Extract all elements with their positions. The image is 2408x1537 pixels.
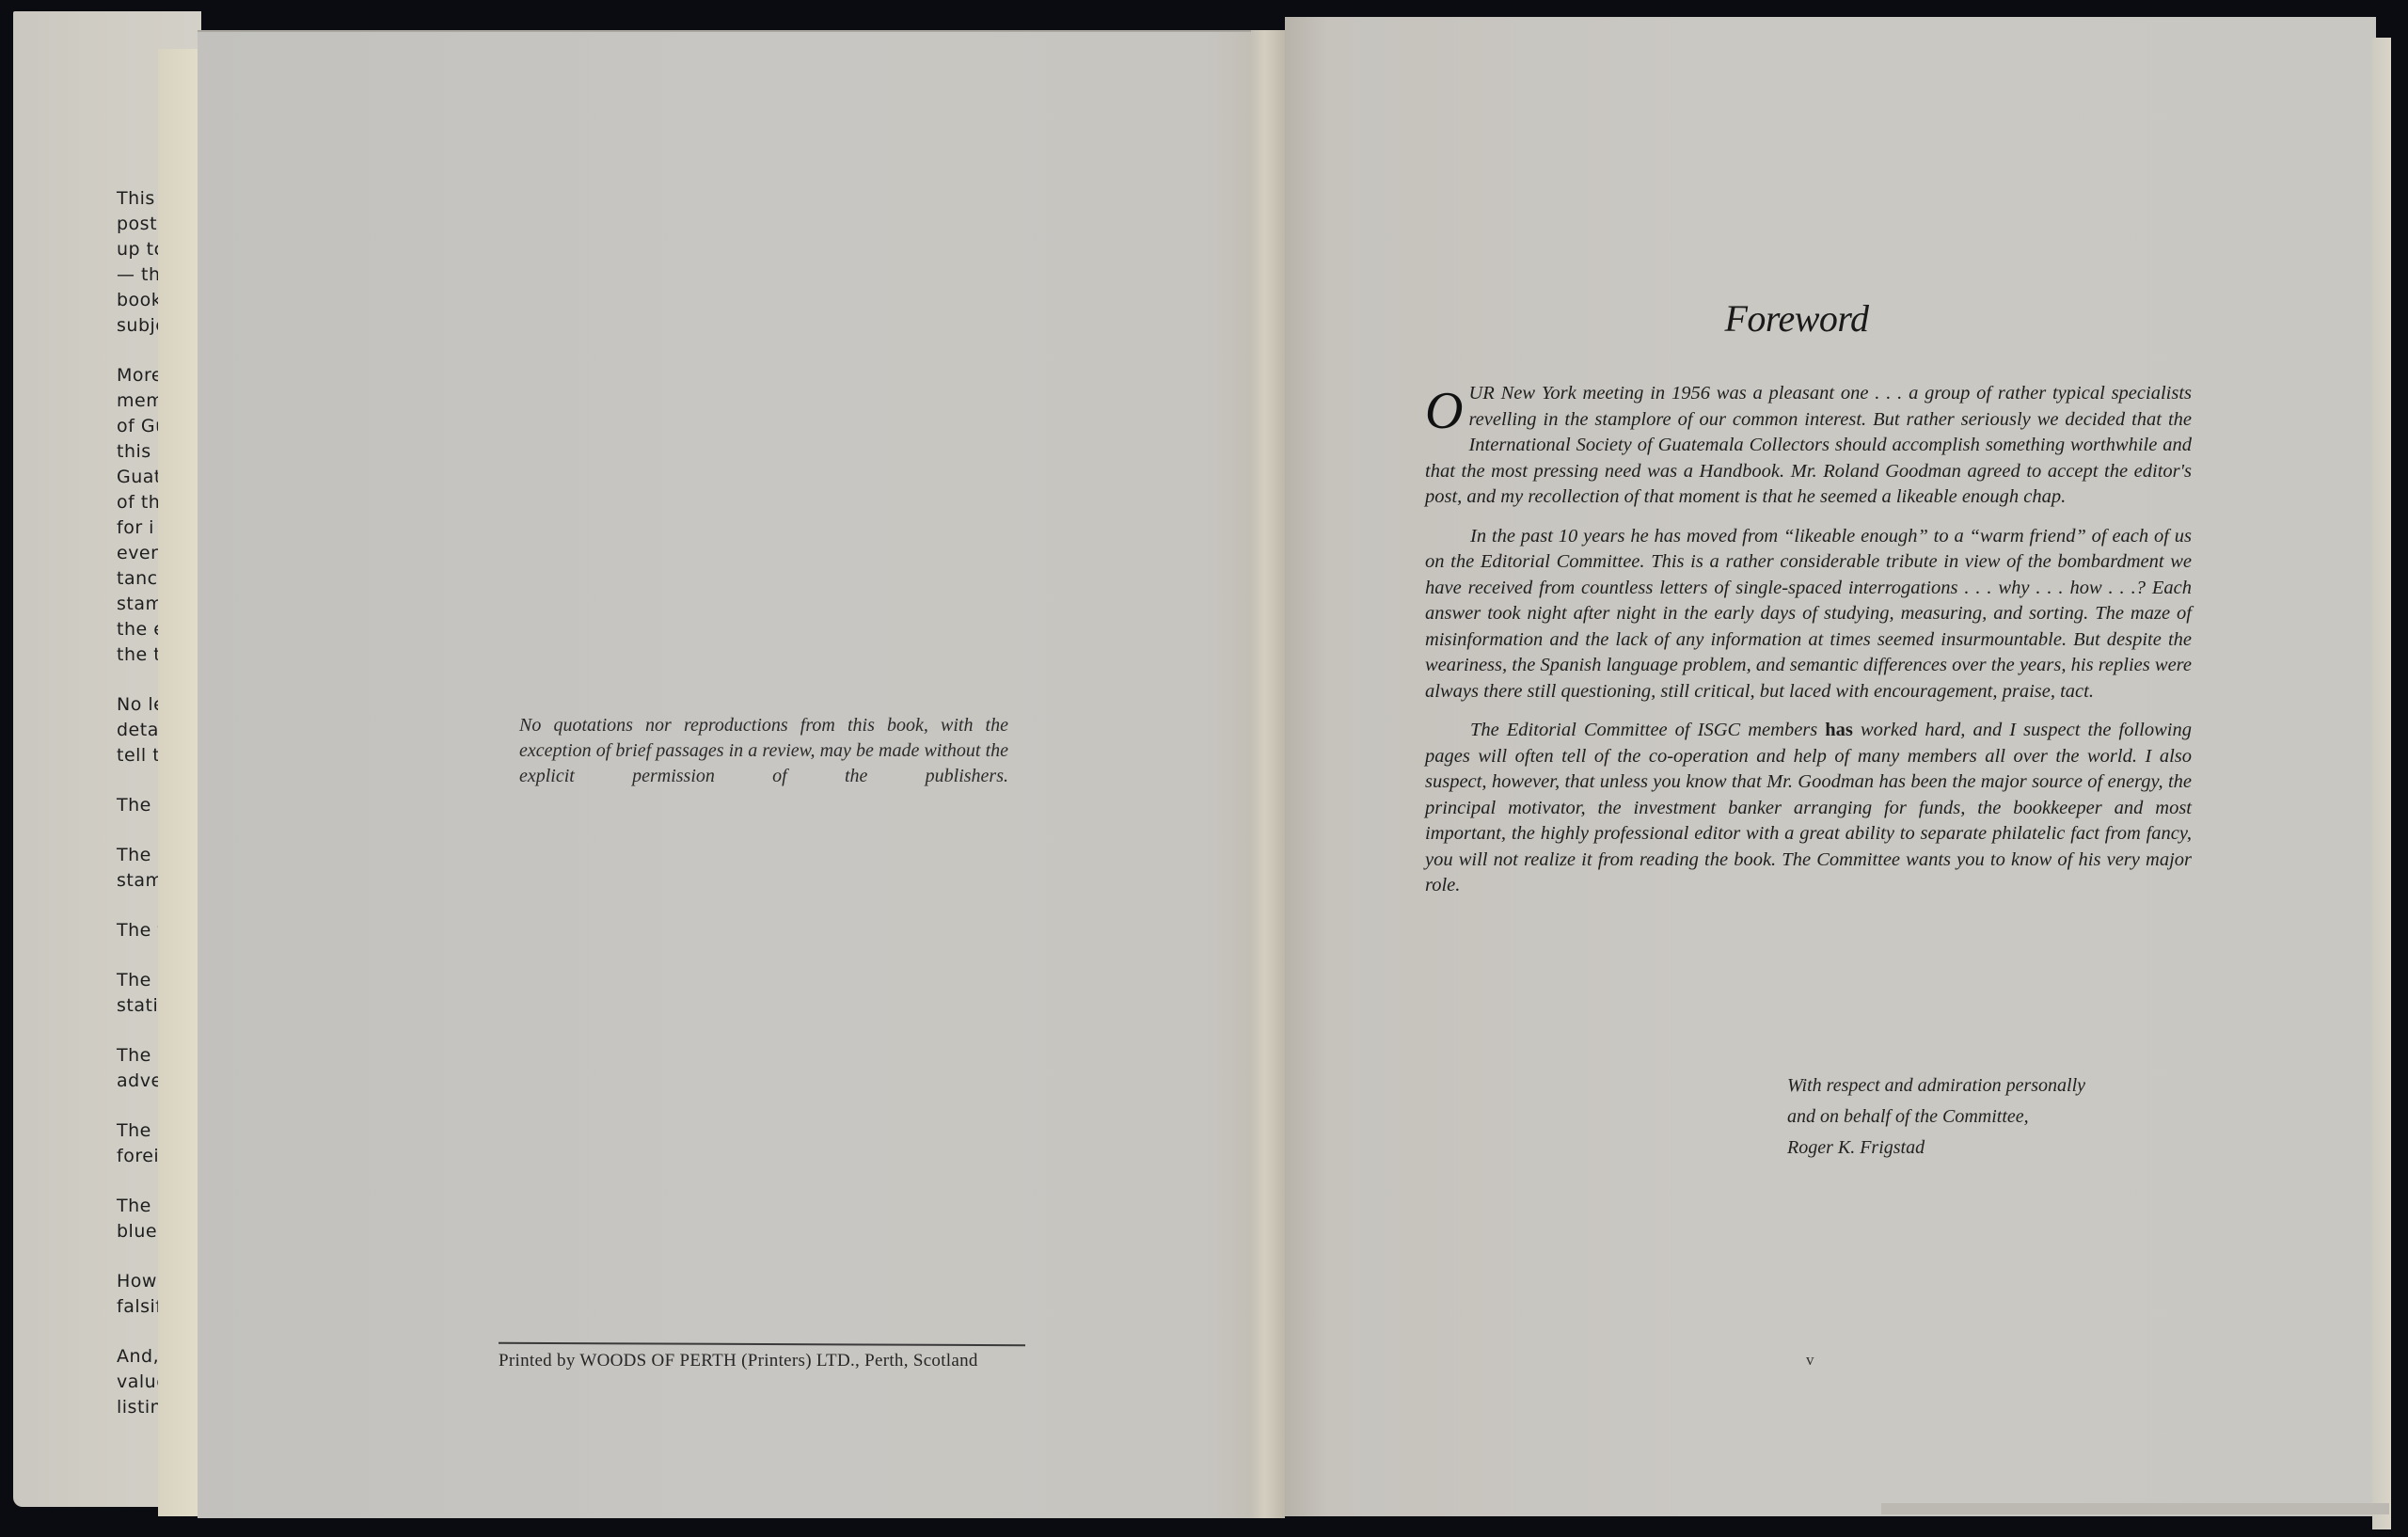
foreword-paragraph-1: OUR New York meeting in 1956 was a pleas…: [1425, 381, 2192, 511]
copyright-notice: No quotations nor reproductions from thi…: [519, 713, 1008, 789]
gutter-left: [1251, 30, 1285, 1518]
signoff-line: and on behalf of the Committee,: [1787, 1101, 2182, 1133]
signoff-signature: Roger K. Frigstad: [1787, 1133, 2182, 1164]
printer-imprint: Printed by WOODS OF PERTH (Printers) LTD…: [499, 1351, 1025, 1371]
paragraph-1-text: UR New York meeting in 1956 was a pleasa…: [1425, 383, 2192, 507]
binding-strip: [158, 49, 201, 1516]
page-title: Foreword: [1599, 296, 1994, 341]
page-edges-right: [2372, 38, 2391, 1529]
foreword-body: OUR New York meeting in 1956 was a pleas…: [1425, 381, 2192, 912]
paragraph-3-bold-word: has: [1825, 720, 1853, 740]
signoff-block: With respect and admiration personally a…: [1787, 1070, 2182, 1164]
drop-cap: O: [1425, 388, 1463, 434]
page-edges-bottom: [1881, 1503, 2389, 1514]
paragraph-3-text-a: The Editorial Committee of ISGC members: [1470, 720, 1825, 740]
foreword-paragraph-2: In the past 10 years he has moved from “…: [1425, 524, 2192, 705]
signoff-line: With respect and admiration personally: [1787, 1070, 2182, 1101]
foreword-paragraph-3: The Editorial Committee of ISGC members …: [1425, 718, 2192, 899]
page-number: v: [1806, 1351, 1814, 1370]
paragraph-3-text-b: worked hard, and I suspect the following…: [1425, 720, 2192, 895]
